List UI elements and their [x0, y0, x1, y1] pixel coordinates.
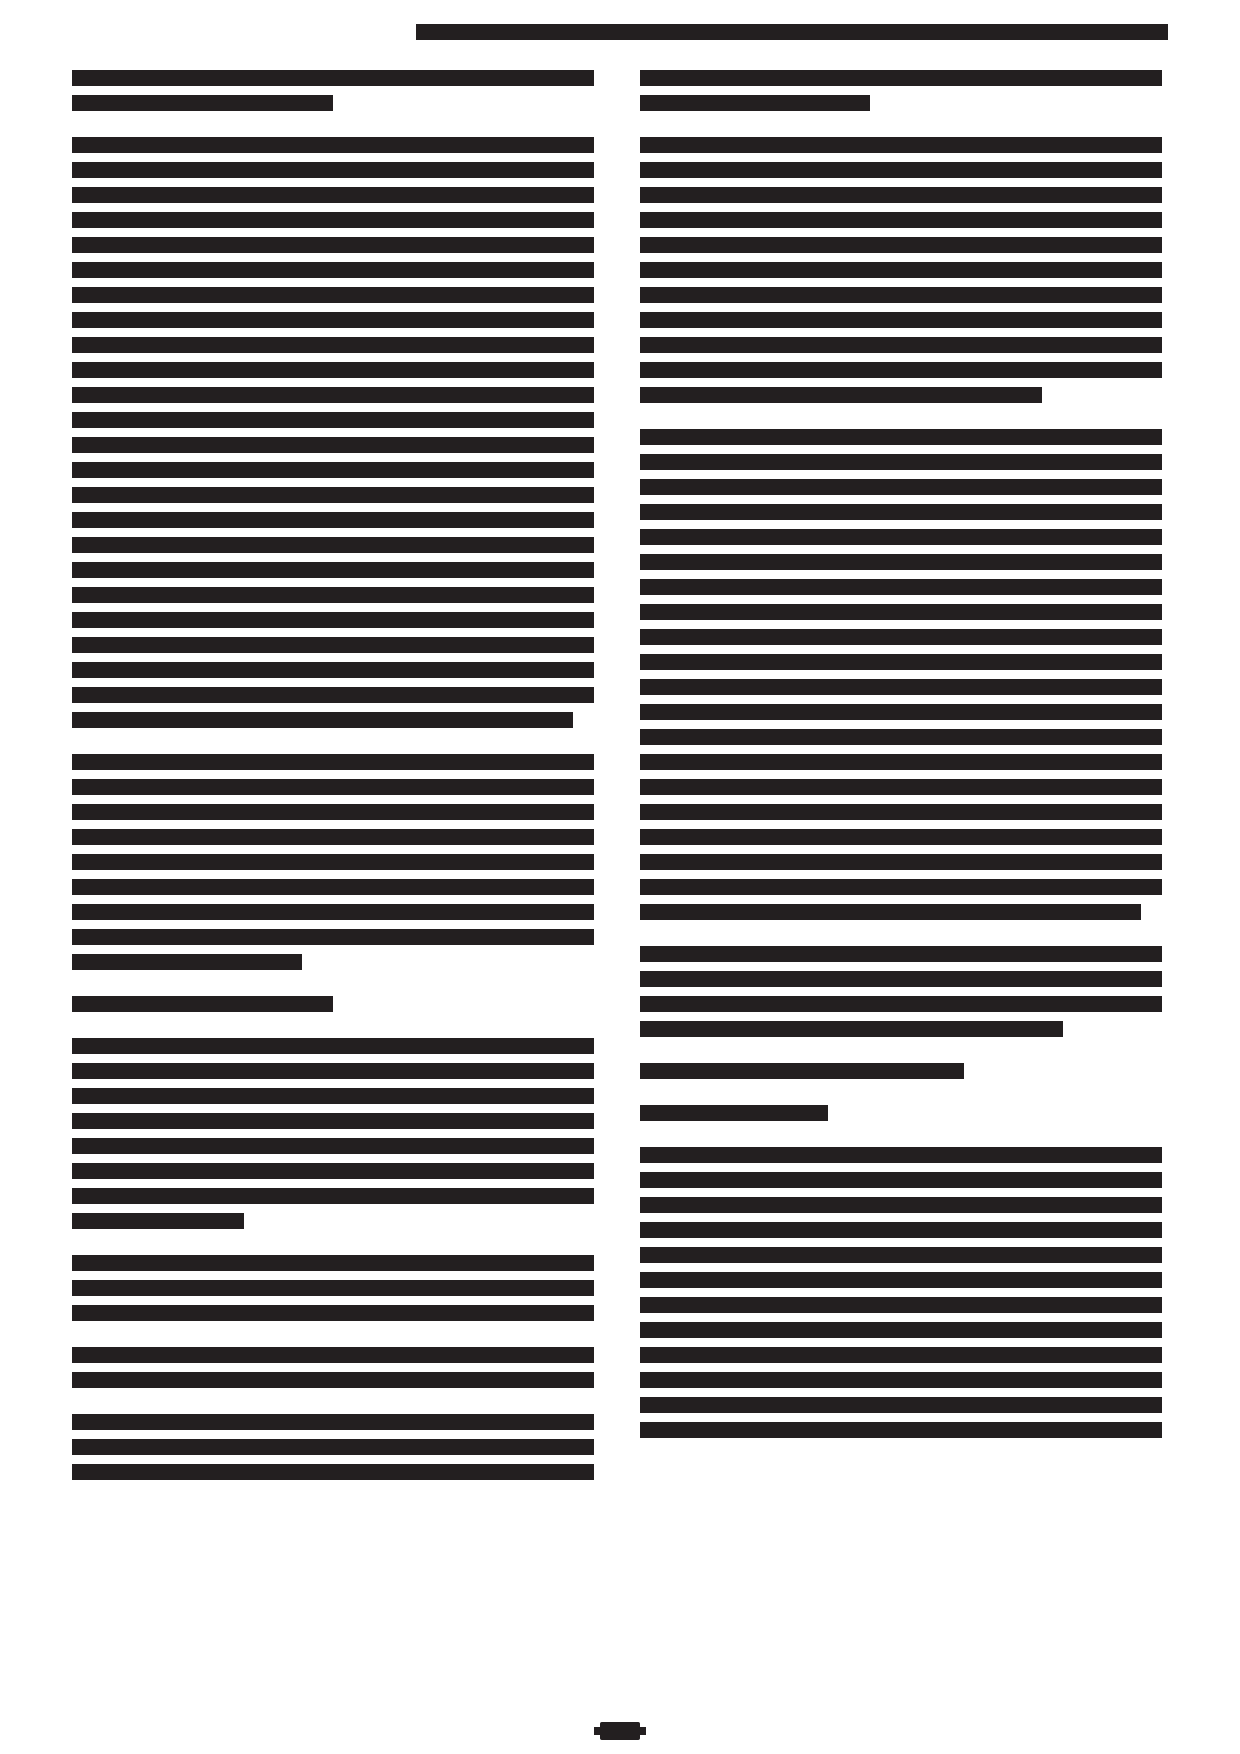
redacted-line [640, 137, 1162, 153]
redacted-line [640, 1422, 1162, 1438]
redacted-line [640, 1397, 1162, 1413]
paragraph [72, 137, 594, 728]
redacted-line [72, 462, 594, 478]
redacted-line [640, 1347, 1162, 1363]
redacted-line [72, 1063, 594, 1079]
section-heading [640, 1063, 964, 1079]
redacted-line [640, 779, 1162, 795]
section-heading [640, 1105, 828, 1121]
redacted-line [640, 604, 1162, 620]
section-heading [72, 996, 333, 1012]
left-column [72, 70, 594, 1506]
redacted-line [72, 137, 594, 153]
redacted-line [640, 579, 1162, 595]
redacted-line [640, 754, 1162, 770]
redacted-line [640, 554, 1162, 570]
paragraph [72, 754, 594, 970]
redacted-line [640, 312, 1162, 328]
redacted-line [72, 1213, 244, 1229]
redacted-line [72, 262, 594, 278]
paragraph [72, 1255, 594, 1321]
redacted-line [72, 587, 594, 603]
redacted-line [640, 162, 1162, 178]
redacted-line [640, 971, 1162, 987]
redacted-line [640, 1247, 1162, 1263]
right-column [640, 70, 1162, 1464]
paragraph [640, 429, 1162, 920]
redacted-line [640, 212, 1162, 228]
paragraph [640, 137, 1162, 403]
redacted-line [640, 454, 1162, 470]
redacted-line [640, 337, 1162, 353]
redacted-line [72, 637, 594, 653]
paragraph [72, 1038, 594, 1229]
redacted-line [72, 612, 594, 628]
redacted-line [640, 262, 1162, 278]
paragraph [72, 70, 594, 111]
redacted-line [72, 954, 302, 970]
redacted-line [640, 1372, 1162, 1388]
redacted-line [72, 237, 594, 253]
redacted-line [72, 1255, 594, 1271]
redacted-line [72, 1280, 594, 1296]
redacted-line [72, 1188, 594, 1204]
redacted-line [640, 362, 1162, 378]
redacted-line [640, 529, 1162, 545]
running-header [416, 24, 1168, 40]
paragraph [640, 1147, 1162, 1438]
redacted-line [72, 712, 573, 728]
redacted-line [640, 654, 1162, 670]
redacted-line [72, 212, 594, 228]
redacted-line [72, 162, 594, 178]
redacted-line [72, 187, 594, 203]
redacted-line [640, 829, 1162, 845]
redacted-line [72, 312, 594, 328]
redacted-line [72, 779, 594, 795]
redacted-line [72, 687, 594, 703]
redacted-line [72, 904, 594, 920]
redacted-line [640, 704, 1162, 720]
redacted-line [640, 1197, 1162, 1213]
redacted-line [640, 1322, 1162, 1338]
redacted-line [640, 629, 1162, 645]
page-number [600, 1722, 640, 1740]
redacted-line [72, 1163, 594, 1179]
redacted-line [640, 679, 1162, 695]
redacted-line [72, 1347, 594, 1363]
redacted-line [72, 337, 594, 353]
redacted-line [72, 412, 594, 428]
redacted-line [72, 662, 594, 678]
paragraph [640, 946, 1162, 1037]
redacted-line [640, 879, 1162, 895]
redacted-line [72, 487, 594, 503]
redacted-line [72, 287, 594, 303]
redacted-line [640, 504, 1162, 520]
redacted-line [72, 70, 594, 86]
redacted-line [72, 362, 594, 378]
redacted-line [640, 429, 1162, 445]
redacted-line [640, 387, 1042, 403]
redacted-line [640, 1172, 1162, 1188]
redacted-line [640, 904, 1141, 920]
redacted-line [72, 1113, 594, 1129]
redacted-line [72, 95, 333, 111]
redacted-line [72, 1038, 594, 1054]
redacted-line [640, 854, 1162, 870]
paragraph [640, 70, 1162, 111]
redacted-line [640, 946, 1162, 962]
redacted-line [72, 562, 594, 578]
redacted-line [72, 1414, 594, 1430]
redacted-line [72, 537, 594, 553]
redacted-line [640, 237, 1162, 253]
redacted-line [640, 1297, 1162, 1313]
redacted-line [640, 287, 1162, 303]
redacted-line [640, 1222, 1162, 1238]
redacted-line [72, 754, 594, 770]
redacted-line [640, 187, 1162, 203]
redacted-line [640, 479, 1162, 495]
redacted-line [640, 996, 1162, 1012]
redacted-line [72, 1088, 594, 1104]
redacted-line [72, 1439, 594, 1455]
redacted-line [640, 1147, 1162, 1163]
redacted-line [72, 804, 594, 820]
redacted-line [72, 437, 594, 453]
redacted-line [640, 729, 1162, 745]
redacted-line [72, 512, 594, 528]
redacted-line [640, 70, 1162, 86]
redacted-line [72, 387, 594, 403]
paragraph [72, 1414, 594, 1480]
redacted-line [72, 1372, 594, 1388]
redacted-line [640, 1272, 1162, 1288]
redacted-line [72, 1138, 594, 1154]
redacted-line [640, 1021, 1063, 1037]
paragraph [72, 1347, 594, 1388]
redacted-line [72, 929, 594, 945]
redacted-line [72, 854, 594, 870]
redacted-line [72, 879, 594, 895]
redacted-line [72, 1464, 594, 1480]
redacted-line [640, 804, 1162, 820]
redacted-line [72, 1305, 594, 1321]
redacted-line [640, 95, 870, 111]
redacted-line [72, 829, 594, 845]
